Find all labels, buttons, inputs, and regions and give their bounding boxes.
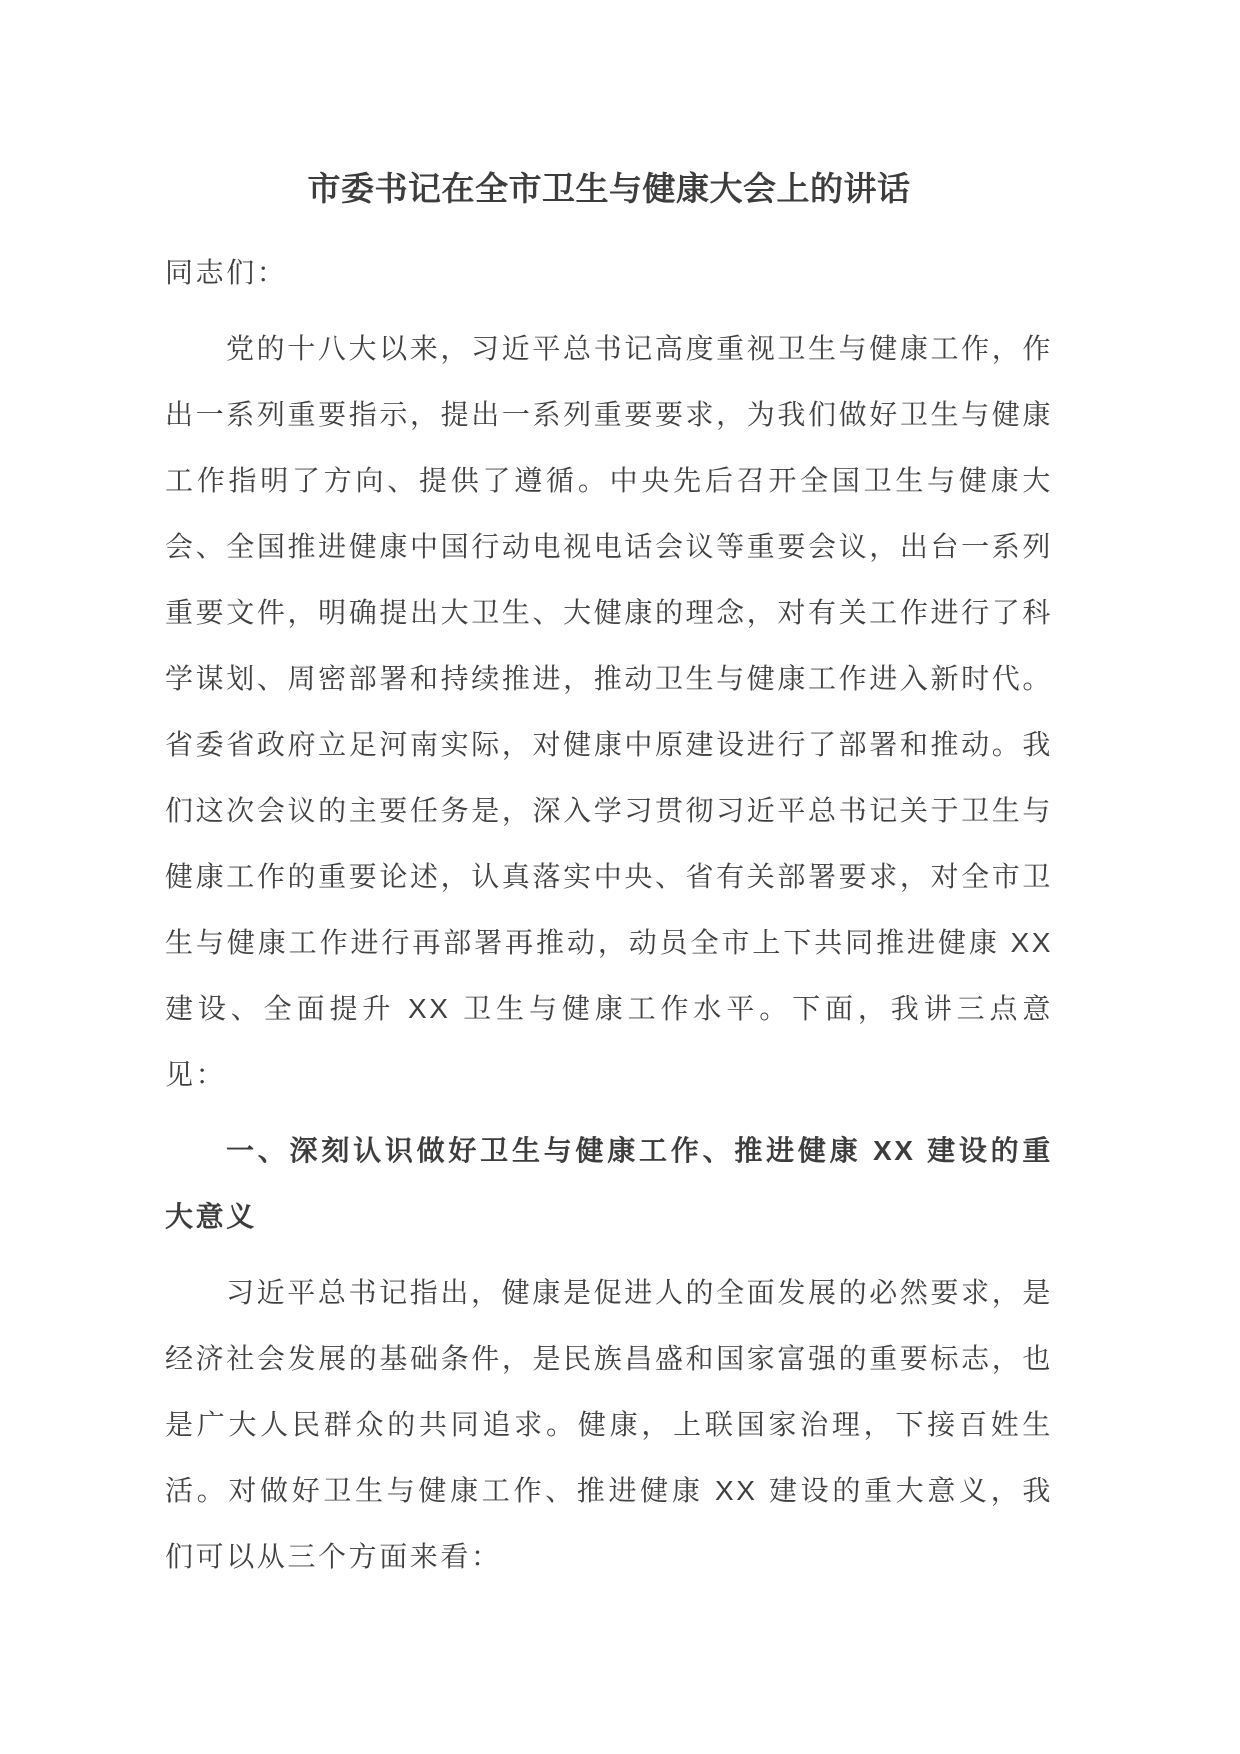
body-paragraph-2: 习近平总书记指出，健康是促进人的全面发展的必然要求，是经济社会发展的基础条件，是… xyxy=(165,1260,1053,1590)
body-paragraph-1: 党的十八大以来，习近平总书记高度重视卫生与健康工作，作出一系列重要指示，提出一系… xyxy=(165,316,1053,1108)
document-page: 市委书记在全市卫生与健康大会上的讲话 同志们： 党的十八大以来，习近平总书记高度… xyxy=(0,0,1240,1754)
salutation-line: 同志们： xyxy=(165,240,1053,306)
section-heading-1: 一、深刻认识做好卫生与健康工作、推进健康 XX 建设的重大意义 xyxy=(165,1118,1053,1250)
document-title: 市委书记在全市卫生与健康大会上的讲话 xyxy=(165,158,1053,220)
